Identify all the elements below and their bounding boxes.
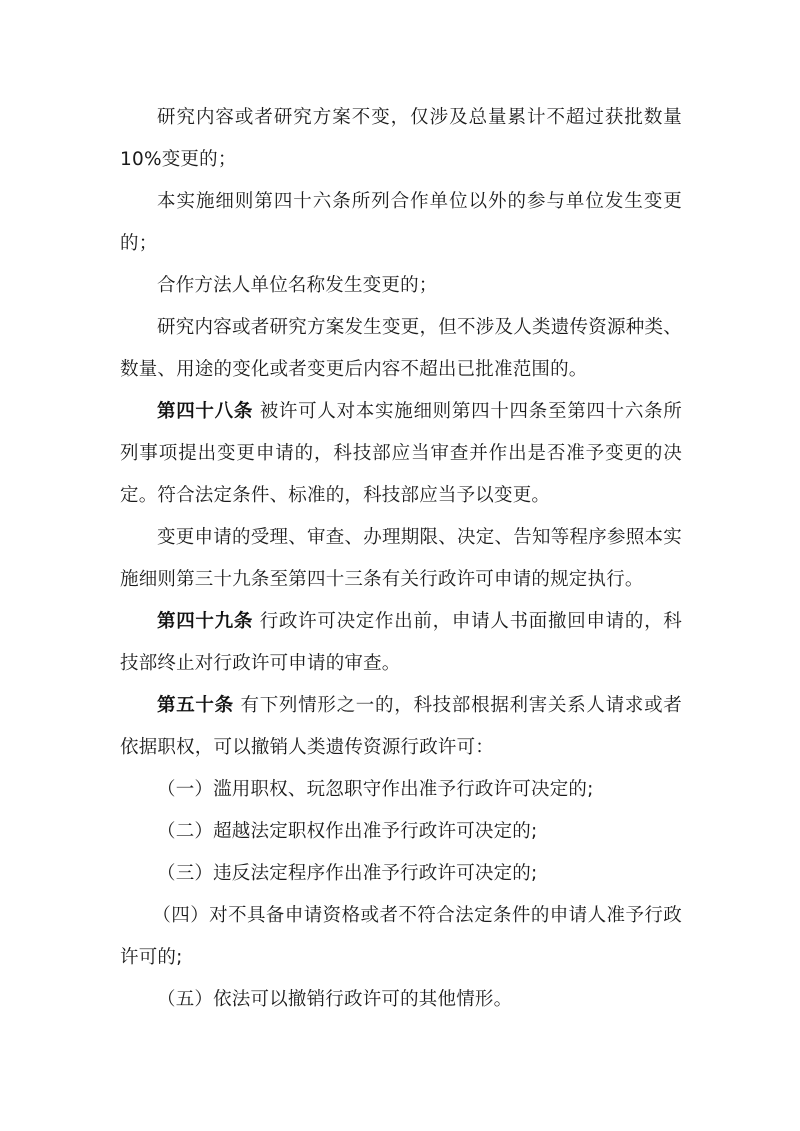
list-item-5: （五）依法可以撤销行政许可的其他情形。 [120, 979, 682, 1021]
article-48: 第四十八条 被许可人对本实施细则第四十四条至第四十六条所列事项提出变更申请的，科… [120, 391, 682, 517]
paragraph-partner-name-change: 合作方法人单位名称发生变更的； [120, 265, 682, 307]
list-item-1: （一）滥用职权、玩忽职守作出准予行政许可决定的; [120, 769, 682, 811]
list-item-4: （四）对不具备申请资格或者不符合法定条件的申请人准予行政许可的; [120, 895, 682, 979]
article-50-number: 第五十条 [157, 695, 234, 716]
article-49-number: 第四十九条 [157, 611, 253, 632]
paragraph-research-content-change: 研究内容或者研究方案发生变更，但不涉及人类遗传资源种类、数量、用途的变化或者变更… [120, 307, 682, 391]
paragraph-minor-change-quantity: 研究内容或者研究方案不变，仅涉及总量累计不超过获批数量 10%变更的； [120, 97, 682, 181]
article-50: 第五十条 有下列情形之一的，科技部根据利害关系人请求或者依据职权，可以撤销人类遗… [120, 685, 682, 769]
paragraph-change-procedure: 变更申请的受理、审查、办理期限、决定、告知等程序参照本实施细则第三十九条至第四十… [120, 517, 682, 601]
list-item-2: （二）超越法定职权作出准予行政许可决定的; [120, 811, 682, 853]
article-48-number: 第四十八条 [157, 401, 253, 422]
article-49: 第四十九条 行政许可决定作出前，申请人书面撤回申请的，科技部终止对行政许可申请的… [120, 601, 682, 685]
document-page: 研究内容或者研究方案不变，仅涉及总量累计不超过获批数量 10%变更的； 本实施细… [120, 97, 682, 1021]
paragraph-participant-change: 本实施细则第四十六条所列合作单位以外的参与单位发生变更的； [120, 181, 682, 265]
list-item-3: （三）违反法定程序作出准予行政许可决定的; [120, 853, 682, 895]
